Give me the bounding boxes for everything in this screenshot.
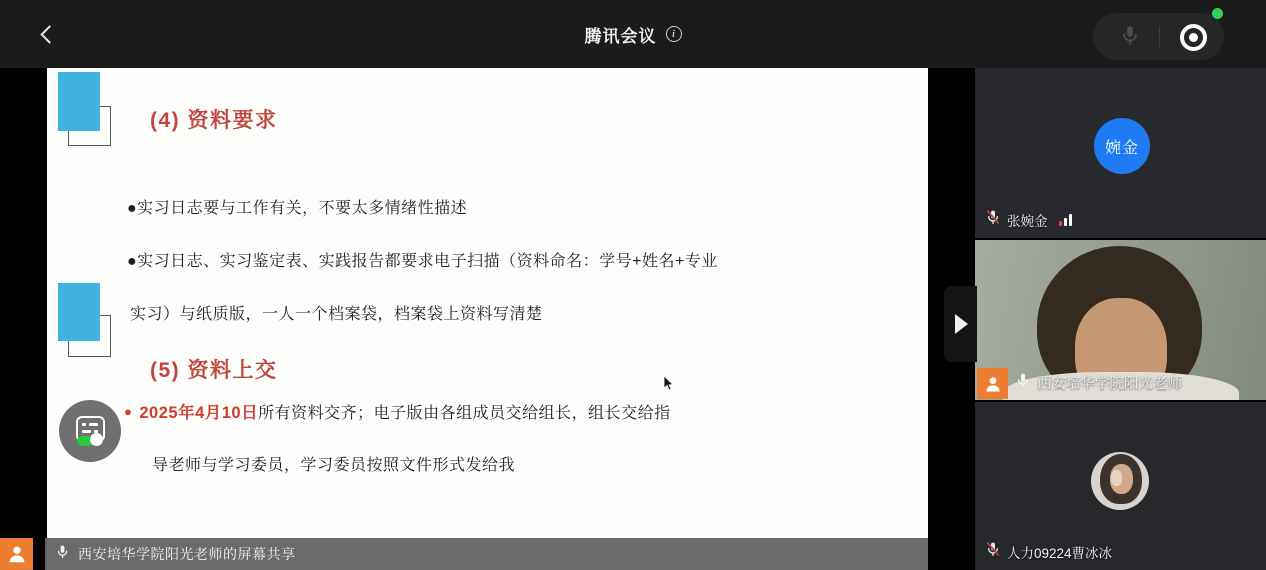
slide-bullet-2-line1: ●实习日志、实习鉴定表、实践报告都要求电子扫描（资料命名：学号+姓名+专业 — [127, 248, 718, 271]
participant-nameplate: 人力09224曹冰冰 — [985, 541, 1112, 562]
participant-tile-zhangwanjin[interactable]: 婉金 张婉金 — [975, 68, 1266, 238]
expand-sidebar-button[interactable] — [944, 286, 977, 362]
microphone-icon — [1119, 24, 1141, 49]
slide-heading-4: (4) 资料要求 — [150, 104, 278, 134]
microphone-icon — [1015, 372, 1031, 393]
top-bar: 腾讯会议 i — [0, 0, 1266, 68]
participant-tile-caobingbing[interactable]: 人力09224曹冰冰 — [975, 402, 1266, 570]
pill-divider — [1159, 26, 1160, 47]
slide-decoration-blue — [58, 283, 100, 341]
participant-name: 西安培华学院阳光老师 — [1037, 372, 1182, 393]
slide-bullet-1: ●实习日志要与工作有关，不要太多情绪性描述 — [127, 195, 467, 218]
tencent-meeting-window: 腾讯会议 i (4) 资料要求 ●实习日 — [0, 0, 1266, 570]
mouse-cursor-icon — [663, 375, 675, 398]
avatar — [1091, 452, 1149, 510]
participant-tile-teacher-video[interactable]: 西安培华学院阳光老师 — [975, 240, 1266, 400]
red-bullet-marker: ● — [124, 404, 132, 419]
back-icon — [40, 25, 58, 43]
participant-nameplate: 西安培华学院阳光老师 — [1015, 372, 1182, 393]
captions-toggle-knob — [90, 433, 103, 446]
participant-nameplate: 张婉金 — [985, 209, 1072, 230]
slide-heading-5: (5) 资料上交 — [150, 354, 278, 384]
back-button[interactable] — [34, 19, 66, 51]
network-signal-icon — [1059, 214, 1072, 226]
record-icon — [1180, 24, 1207, 51]
screen-share-label: 西安培华学院阳光老师的屏幕共享 — [78, 544, 296, 564]
meeting-title: 腾讯会议 — [585, 22, 657, 47]
slide-bullet-2-line2: 实习）与纸质版，一人一个档案袋，档案袋上资料写清楚 — [130, 301, 543, 324]
meeting-title-area: 腾讯会议 i — [0, 0, 1266, 68]
screen-sharing-badge — [977, 368, 1008, 399]
participants-sidebar: 婉金 张婉金 — [975, 68, 1266, 570]
captions-floating-button[interactable] — [59, 400, 121, 462]
deadline-date: 2025年4月10日 — [139, 404, 258, 422]
record-button[interactable] — [1171, 21, 1215, 53]
sharing-user-badge — [0, 538, 33, 570]
status-dot — [1212, 8, 1223, 19]
microphone-icon — [55, 544, 70, 564]
slide-bullet-3-line2: 导老师与学习委员，学习委员按照文件形式发给我 — [152, 452, 515, 475]
av-controls-pill — [1093, 13, 1224, 60]
participant-name: 张婉金 — [1007, 210, 1048, 230]
shared-screen-slide: (4) 资料要求 ●实习日志要与工作有关，不要太多情绪性描述 ●实习日志、实习鉴… — [47, 68, 928, 570]
slide-bullet-3-line1: ●2025年4月10日所有资料交齐；电子版由各组成员交给组长，组长交给指 — [124, 399, 671, 423]
screen-share-banner: 西安培华学院阳光老师的屏幕共享 — [0, 538, 928, 570]
participant-name: 人力09224曹冰冰 — [1007, 542, 1112, 562]
chevron-right-icon — [955, 314, 968, 334]
microphone-muted-icon — [985, 209, 1001, 230]
microphone-button[interactable] — [1107, 19, 1153, 54]
screen-share-label-bar: 西安培华学院阳光老师的屏幕共享 — [45, 538, 928, 570]
microphone-muted-icon — [985, 541, 1001, 562]
slide-bullet-3-text: 所有资料交齐；电子版由各组成员交给组长，组长交给指 — [258, 405, 671, 422]
avatar: 婉金 — [1094, 118, 1150, 174]
info-icon[interactable]: i — [666, 26, 682, 42]
slide-decoration-blue — [58, 72, 100, 131]
